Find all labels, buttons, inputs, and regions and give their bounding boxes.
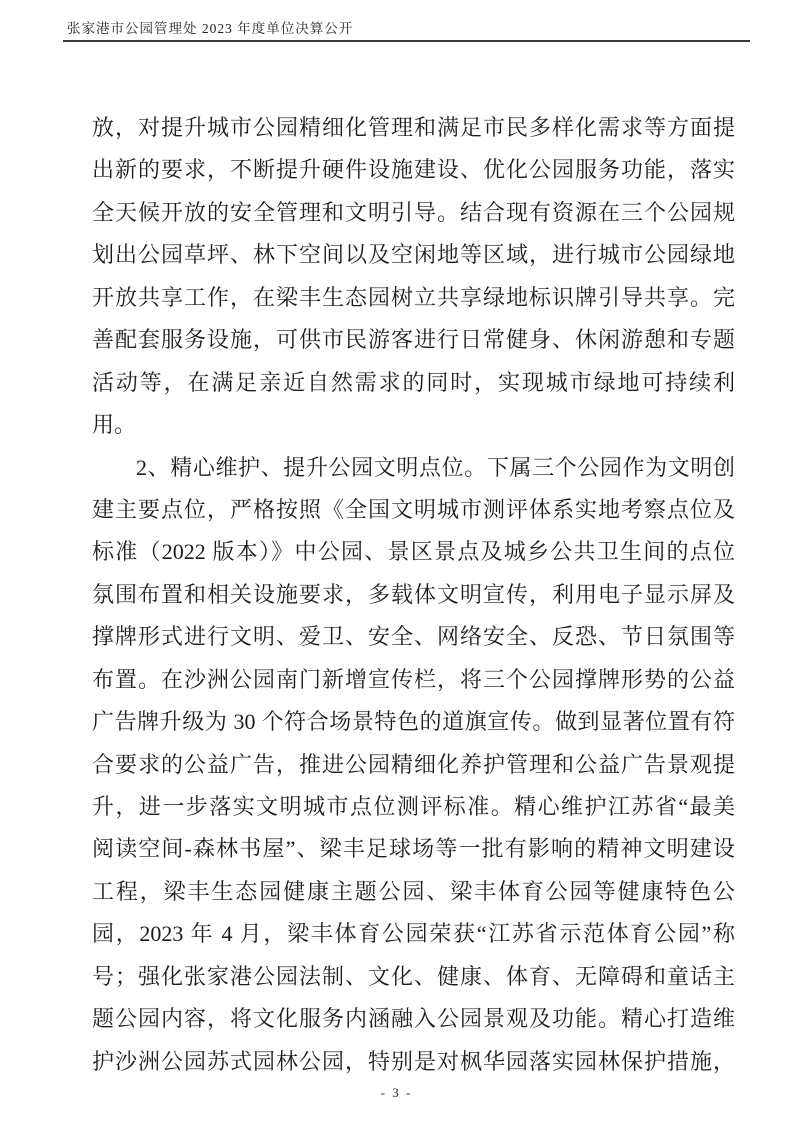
body-text-line: 放，对提升城市公园精细化管理和满足市民多样化需求等方面提 [92,107,735,149]
body-text-line: 划出公园草坪、林下空间以及空闲地等区域，进行城市公园绿地 [92,234,735,276]
body-text-line: 标准（2022 版本）》中公园、景区景点及城乡公共卫生间的点位 [92,531,735,573]
body-text-line: 题公园内容，将文化服务内涵融入公园景观及功能。精心打造维 [92,998,735,1040]
body-text-line: 活动等，在满足亲近自然需求的同时，实现城市绿地可持续利 [92,362,735,404]
body-text-line: 用。 [92,404,735,446]
body-text-line: 开放共享工作，在梁丰生态园树立共享绿地标识牌引导共享。完 [92,277,735,319]
body-text-line: 氛围布置和相关设施要求，多载体文明宣传，利用电子显示屏及 [92,574,735,616]
body-text-line: 合要求的公益广告，推进公园精细化养护管理和公益广告景观提 [92,744,735,786]
body-text-line: 园，2023 年 4 月，梁丰体育公园荣获“江苏省示范体育公园”称 [92,913,735,955]
body-text-line: 工程，梁丰生态园健康主题公园、梁丰体育公园等健康特色公 [92,871,735,913]
body-text-line: 撑牌形式进行文明、爱卫、安全、网络安全、反恐、节日氛围等 [92,616,735,658]
body-text-line: 建主要点位，严格按照《全国文明城市测评体系实地考察点位及 [92,489,735,531]
body-text-line: 升，进一步落实文明城市点位测评标准。精心维护江苏省“最美 [92,786,735,828]
body-text-line: 阅读空间-森林书屋”、梁丰足球场等一批有影响的精神文明建设 [92,828,735,870]
body-text-line: 出新的要求，不断提升硬件设施建设、优化公园服务功能，落实 [92,149,735,191]
document-page: 张家港市公园管理处 2023 年度单位决算公开 放，对提升城市公园精细化管理和满… [0,0,793,1122]
header-divider [63,40,750,42]
body-text-line: 广告牌升级为 30 个符合场景特色的道旗宣传。做到显著位置有符 [92,701,735,743]
body-text-line: 号；强化张家港公园法制、文化、健康、体育、无障碍和童话主 [92,956,735,998]
page-footer: - 3 - [0,1085,793,1101]
body-text-line: 护沙洲公园苏式园林公园，特别是对枫华园落实园林保护措施， [92,1041,735,1083]
header-title: 张家港市公园管理处 2023 年度单位决算公开 [63,17,750,40]
body-text-line: 善配套服务设施，可供市民游客进行日常健身、休闲游憩和专题 [92,319,735,361]
body-text-line: 布置。在沙洲公园南门新增宣传栏，将三个公园撑牌形势的公益 [92,659,735,701]
page-number: - 3 - [381,1085,413,1100]
body-text-line: 全天候开放的安全管理和文明引导。结合现有资源在三个公园规 [92,192,735,234]
body-text-line: 2、精心维护、提升公园文明点位。下属三个公园作为文明创 [92,447,735,489]
document-body: 放，对提升城市公园精细化管理和满足市民多样化需求等方面提出新的要求，不断提升硬件… [92,107,735,1083]
document-header: 张家港市公园管理处 2023 年度单位决算公开 [63,17,750,42]
